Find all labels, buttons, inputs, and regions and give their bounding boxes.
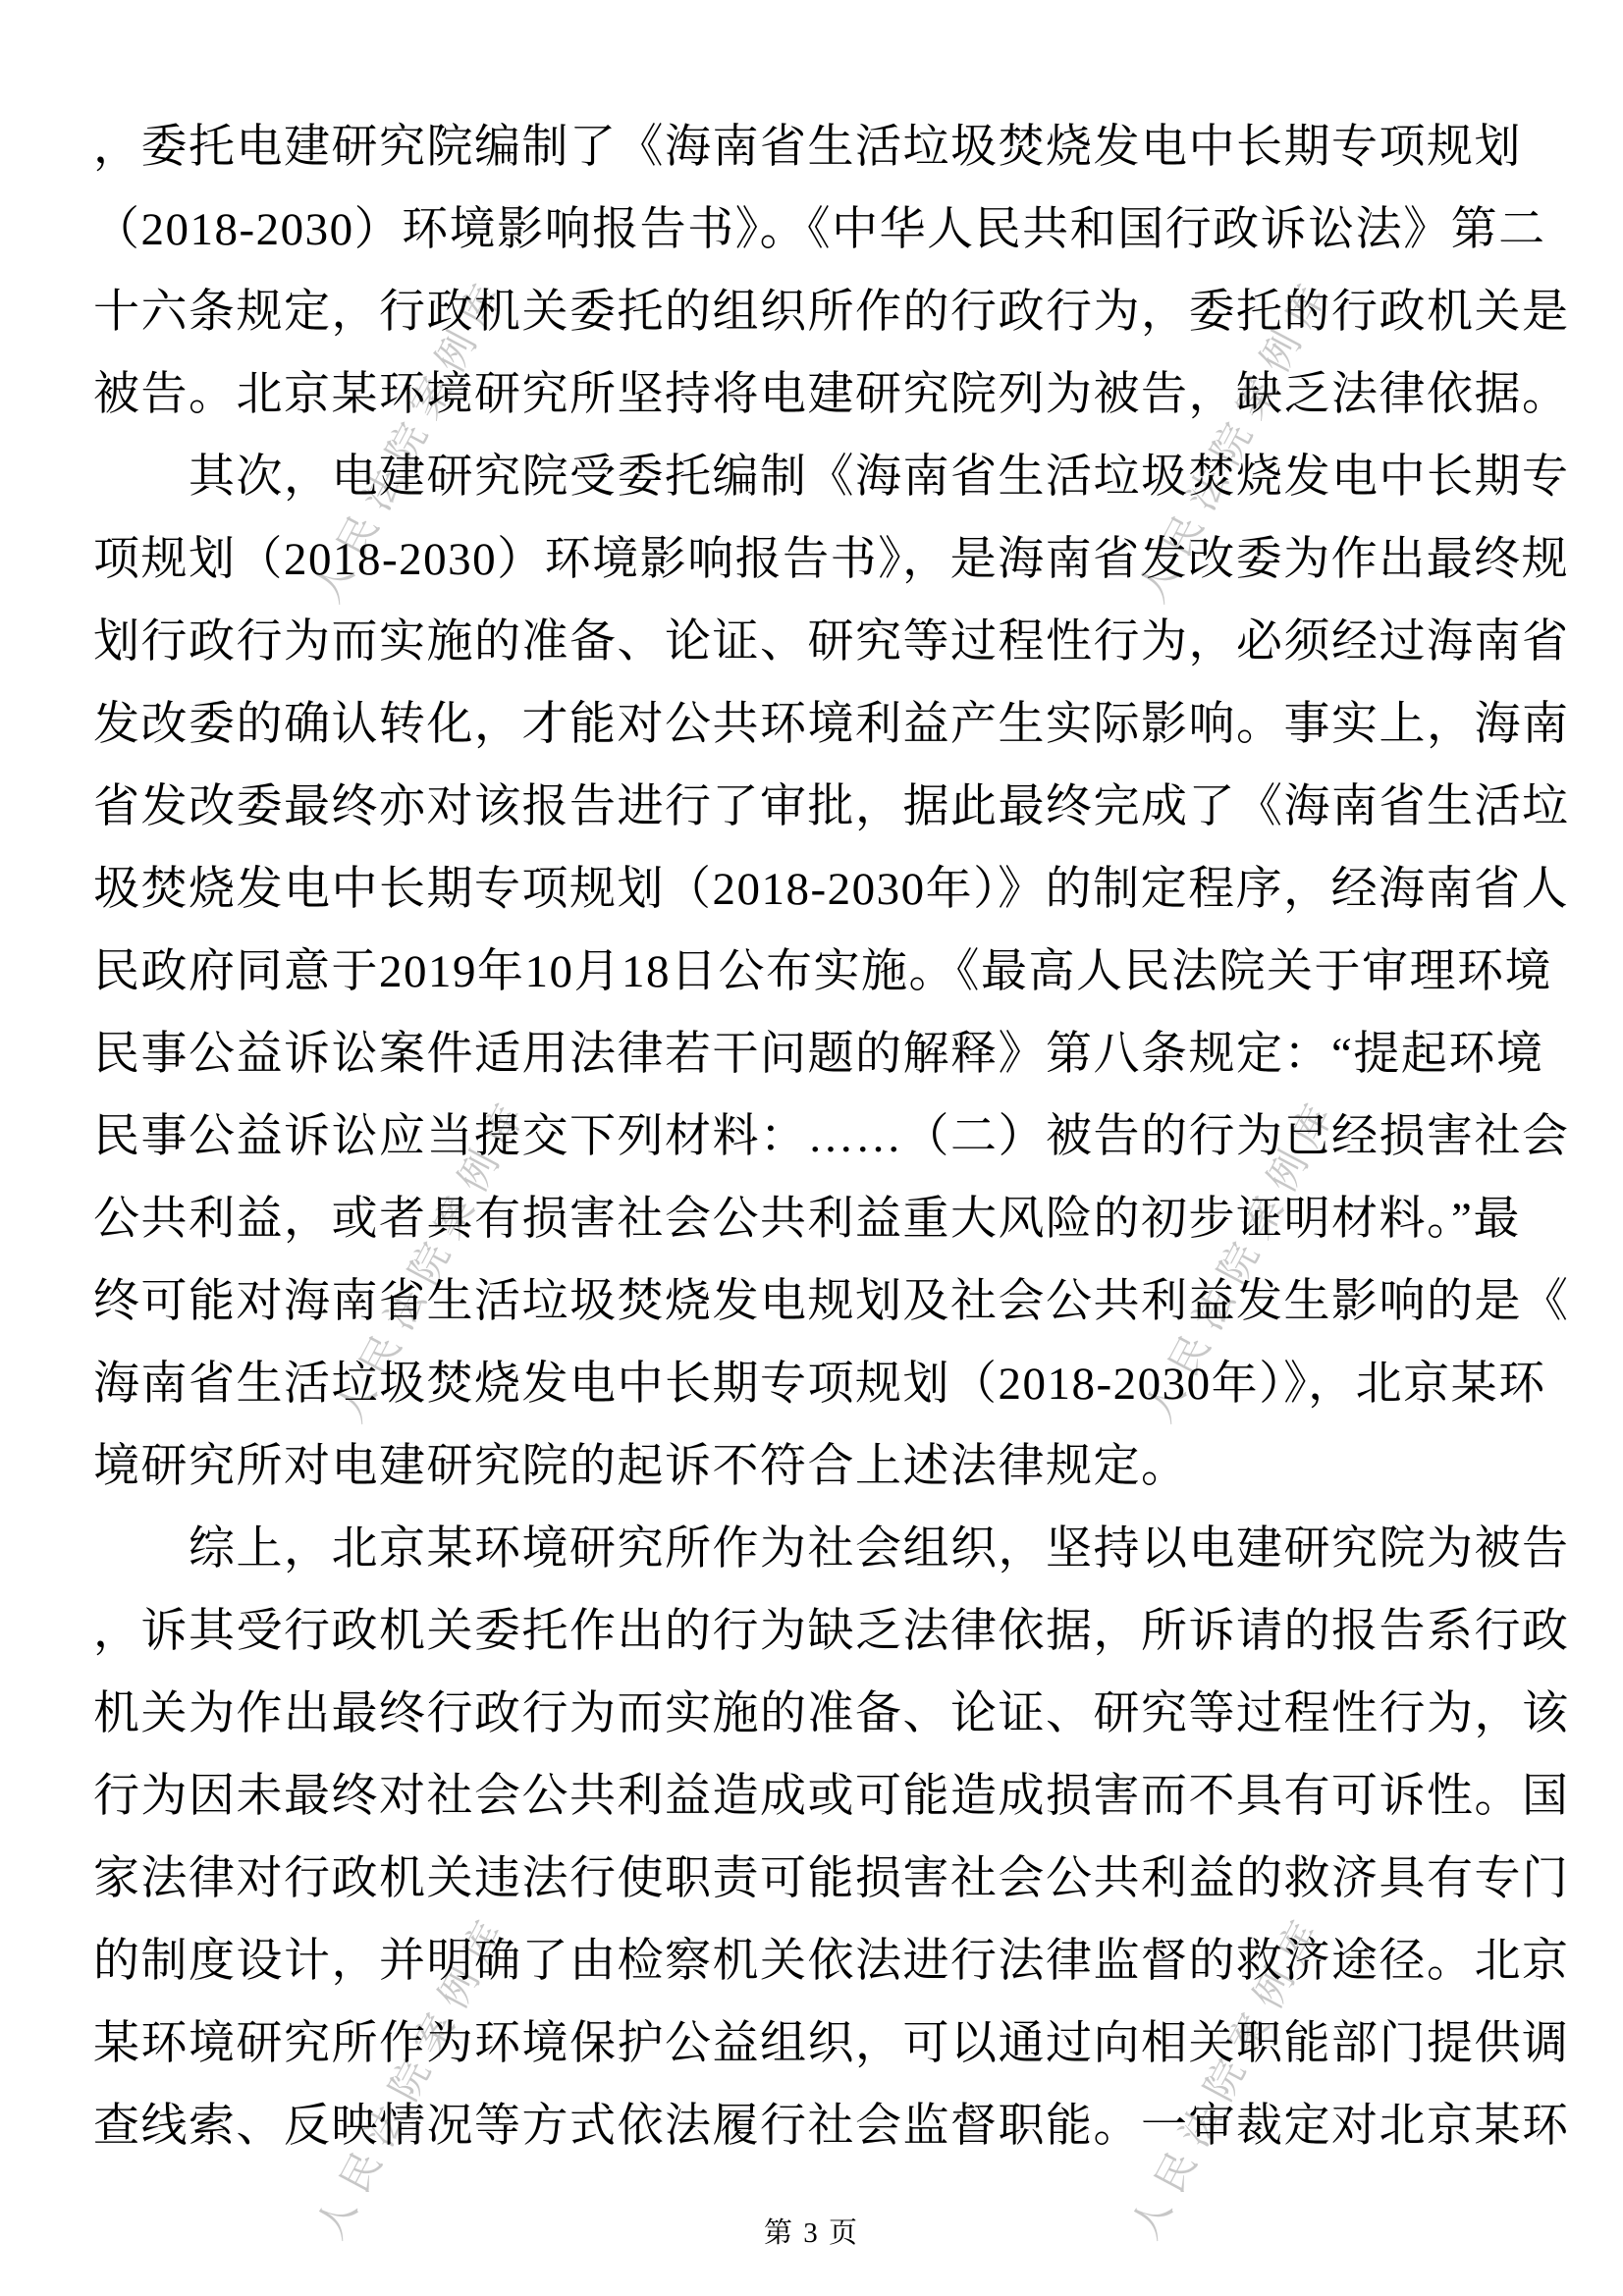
text-line: 的制度设计，并明确了由检察机关依法进行法律监督的救济途径。北京 (93, 1920, 1544, 2002)
text-line: 民事公益诉讼应当提交下列材料：……（二）被告的行为已经损害社会 (93, 1095, 1544, 1178)
text-line: 划行政行为而实施的准备、论证、研究等过程性行为，必须经过海南省 (93, 601, 1544, 683)
text-line: ，诉其受行政机关委托作出的行为缺乏法律依据，所诉请的报告系行政 (93, 1590, 1544, 1673)
text-line: 综上，北京某环境研究所作为社会组织，坚持以电建研究院为被告 (93, 1508, 1544, 1590)
document-body: ，委托电建研究院编制了《海南省生活垃圾焚烧发电中长期专项规划（2018-2030… (93, 106, 1544, 2167)
text-line: 其次，电建研究院受委托编制《海南省生活垃圾焚烧发电中长期专 (93, 436, 1544, 518)
paragraph-continuation: ，委托电建研究院编制了《海南省生活垃圾焚烧发电中长期专项规划（2018-2030… (93, 106, 1544, 436)
text-line: 民事公益诉讼案件适用法律若干问题的解释》第八条规定：“提起环境 (93, 1013, 1544, 1095)
paragraph-summary: 综上，北京某环境研究所作为社会组织，坚持以电建研究院为被告，诉其受行政机关委托作… (93, 1508, 1544, 2167)
text-line: 查线索、反映情况等方式依法履行社会监督职能。一审裁定对北京某环 (93, 2085, 1544, 2167)
text-line: 民政府同意于2019年10月18日公布实施。《最高人民法院关于审理环境 (93, 931, 1544, 1013)
text-line: 家法律对行政机关违法行使职责可能损害社会公共利益的救济具有专门 (93, 1838, 1544, 1920)
text-line: 终可能对海南省生活垃圾焚烧发电规划及社会公共利益发生影响的是《 (93, 1260, 1544, 1343)
paragraph-second: 其次，电建研究院受委托编制《海南省生活垃圾焚烧发电中长期专项规划（2018-20… (93, 436, 1544, 1508)
document-page: 人民法院案例库 人民法院案例库 人民法院案例库 人民法院案例库 人民法院案例库 … (0, 0, 1623, 2296)
page-number: 第 3 页 (0, 2211, 1623, 2251)
text-line: 海南省生活垃圾焚烧发电中长期专项规划（2018-2030年）》，北京某环 (93, 1343, 1544, 1425)
text-line: 十六条规定，行政机关委托的组织所作的行政行为，委托的行政机关是 (93, 271, 1544, 353)
text-line: ，委托电建研究院编制了《海南省生活垃圾焚烧发电中长期专项规划 (93, 106, 1544, 188)
text-line: 发改委的确认转化，才能对公共环境利益产生实际影响。事实上，海南 (93, 683, 1544, 766)
text-line: 机关为作出最终行政行为而实施的准备、论证、研究等过程性行为，该 (93, 1673, 1544, 1755)
text-line: （2018-2030）环境影响报告书》。《中华人民共和国行政诉讼法》第二 (93, 188, 1544, 271)
text-line: 省发改委最终亦对该报告进行了审批，据此最终完成了《海南省生活垃 (93, 766, 1544, 848)
text-line: 境研究所对电建研究院的起诉不符合上述法律规定。 (93, 1425, 1544, 1508)
text-line: 某环境研究所作为环境保护公益组织，可以通过向相关职能部门提供调 (93, 2002, 1544, 2085)
text-line: 被告。北京某环境研究所坚持将电建研究院列为被告，缺乏法律依据。 (93, 353, 1544, 436)
text-line: 行为因未最终对社会公共利益造成或可能造成损害而不具有可诉性。国 (93, 1755, 1544, 1838)
text-line: 项规划（2018-2030）环境影响报告书》，是海南省发改委为作出最终规 (93, 518, 1544, 601)
text-line: 公共利益，或者具有损害社会公共利益重大风险的初步证明材料。”最 (93, 1178, 1544, 1260)
text-line: 圾焚烧发电中长期专项规划（2018-2030年）》的制定程序，经海南省人 (93, 848, 1544, 931)
